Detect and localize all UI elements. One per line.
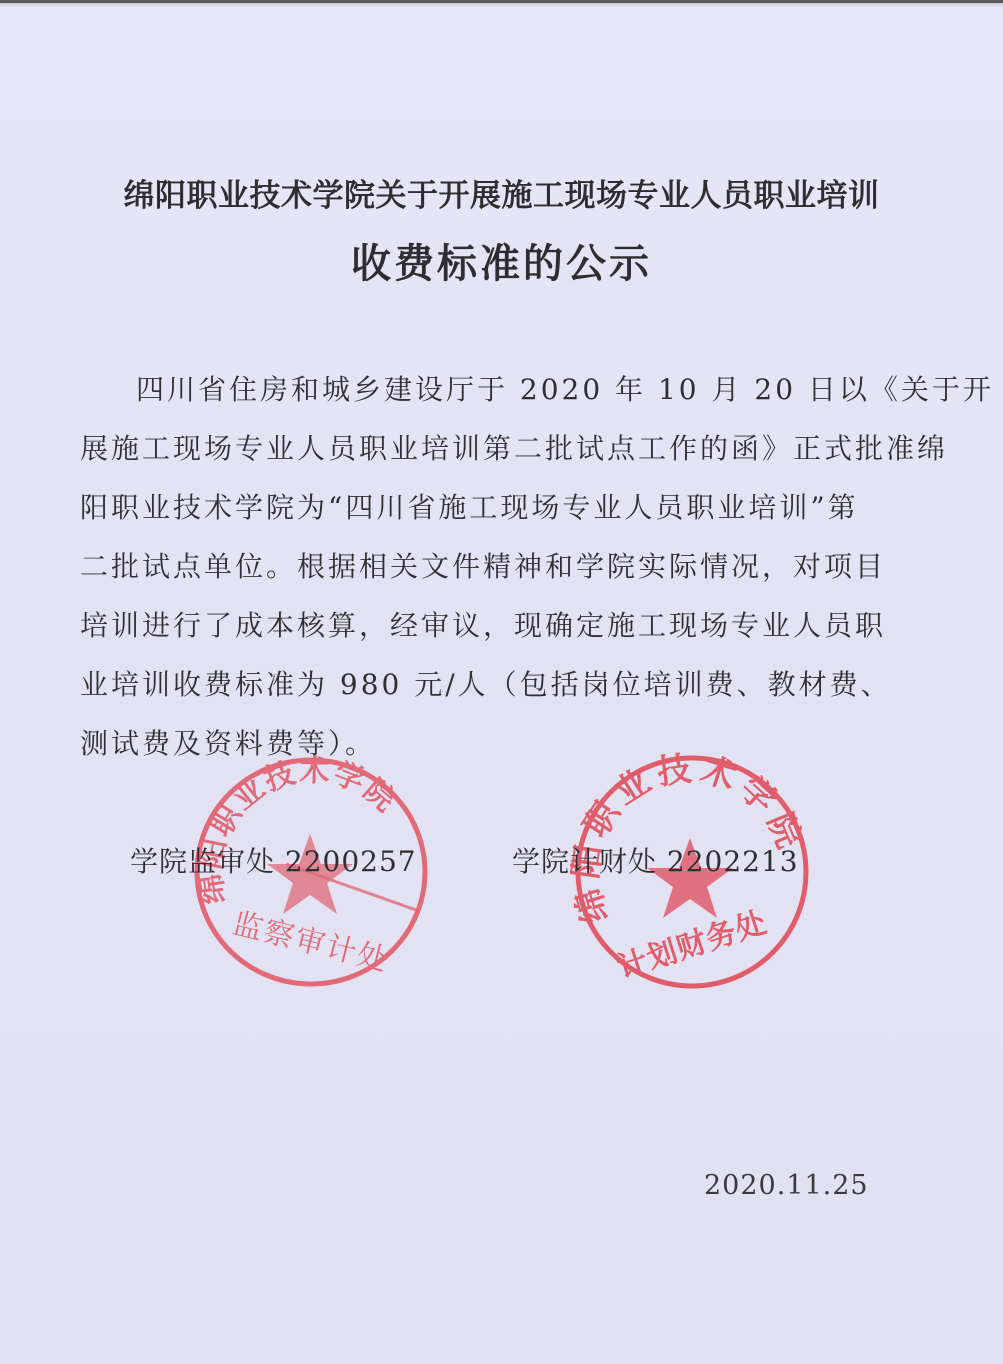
seal-arc-text: 绵阳职业技术学院 bbox=[570, 750, 811, 928]
document-date: 2020.11.25 bbox=[704, 1170, 869, 1201]
body-line: 培训进行了成本核算，经审议，现确定施工现场专业人员职 bbox=[80, 596, 950, 655]
scan-top-shadow bbox=[0, 3, 1003, 7]
contact-line: 学院监审处 2200257 学院计财处 2202213 bbox=[130, 840, 830, 880]
scanned-page: 绵阳职业技术学院关于开展施工现场专业人员职业培训 收费标准的公示 四川省住房和城… bbox=[0, 0, 1003, 1364]
body-line: 业培训收费标准为 980 元/人（包括岗位培训费、教材费、 bbox=[80, 655, 950, 714]
document-body: 四川省住房和城乡建设厅于 2020 年 10 月 20 日以《关于开 展施工现场… bbox=[80, 360, 950, 773]
body-line: 展施工现场专业人员职业培训第二批试点工作的函》正式批准绵 bbox=[80, 419, 950, 478]
document-title-line-2: 收费标准的公示 bbox=[0, 232, 1003, 289]
body-line: 二批试点单位。根据相关文件精神和学院实际情况，对项目 bbox=[80, 537, 950, 596]
finance-office-contact: 学院计财处 2202213 bbox=[512, 840, 799, 880]
svg-text:绵阳职业技术学院: 绵阳职业技术学院 bbox=[570, 750, 811, 928]
document-title-line-1: 绵阳职业技术学院关于开展施工现场专业人员职业培训 bbox=[0, 170, 1003, 215]
body-line: 四川省住房和城乡建设厅于 2020 年 10 月 20 日以《关于开 bbox=[80, 360, 950, 419]
body-line: 阳职业技术学院为“四川省施工现场专业人员职业培训”第 bbox=[80, 478, 950, 537]
audit-office-contact: 学院监审处 2200257 bbox=[130, 840, 417, 880]
